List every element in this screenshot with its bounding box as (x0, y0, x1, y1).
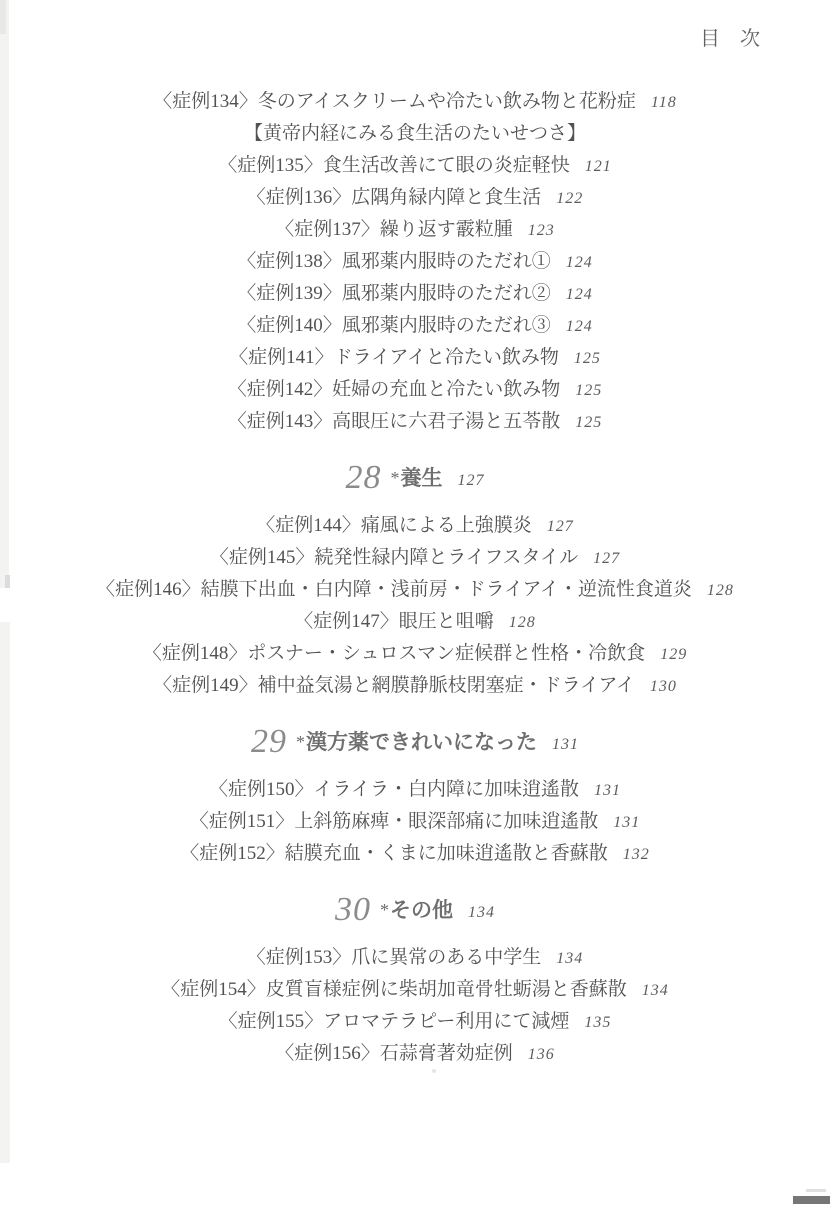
entry-text: 〈症例151〉上斜筋麻痺・眼深部痛に加味逍遙散 (190, 811, 599, 832)
toc-entry: 〈症例149〉補中益気湯と網膜静脈枝閉塞症・ドライアイ130 (0, 670, 830, 702)
entry-text: 〈症例153〉爪に異常のある中学生 (247, 947, 542, 968)
toc-entry: 〈症例142〉妊婦の充血と冷たい飲み物125 (0, 374, 830, 406)
entry-page-number: 131 (613, 814, 640, 831)
entry-text: 〈症例142〉妊婦の充血と冷たい飲み物 (228, 379, 561, 400)
scan-edge-mark (5, 575, 10, 588)
toc-title: 目 次 (700, 22, 760, 51)
entry-page-number: 125 (574, 350, 601, 367)
scan-corner-faint-mark (806, 1189, 826, 1192)
section-page-number: 134 (468, 904, 495, 921)
toc-entry: 〈症例135〉食生活改善にて眼の炎症軽快121 (0, 150, 830, 182)
toc-entry: 【黄帝内経にみる食生活のたいせつさ】 (0, 118, 830, 150)
entry-text: 〈症例141〉ドライアイと冷たい飲み物 (229, 347, 559, 368)
toc-entry: 〈症例156〉石蒜膏著効症例136 (0, 1038, 830, 1070)
toc-entry: 〈症例155〉アロマテラピー利用にて減煙135 (0, 1006, 830, 1038)
toc-entry: 〈症例144〉痛風による上強膜炎127 (0, 510, 830, 542)
toc-group: 29*漢方薬できれいになった131 〈症例150〉イライラ・白内障に加味逍遙散1… (0, 722, 830, 870)
toc-entry: 〈症例140〉風邪薬内服時のただれ③124 (0, 310, 830, 342)
toc-entry: 〈症例141〉ドライアイと冷たい飲み物125 (0, 342, 830, 374)
entry-text: 〈症例138〉風邪薬内服時のただれ① (237, 251, 551, 272)
toc-content: 〈症例134〉冬のアイスクリームや冷たい飲み物と花粉症118 【黄帝内経にみる食… (0, 0, 830, 1070)
section-label: 養生 (401, 467, 443, 490)
entry-text: 〈症例152〉結膜充血・くまに加味逍遙散と香蘇散 (180, 843, 608, 864)
section-number: 29 (251, 723, 287, 760)
toc-entry: 〈症例148〉ポスナー・シュロスマン症候群と性格・冷飲食129 (0, 638, 830, 670)
entry-page-number: 125 (575, 382, 602, 399)
toc-entry: 〈症例154〉皮質盲様症例に柴胡加竜骨牡蛎湯と香蘇散134 (0, 974, 830, 1006)
entry-page-number: 130 (650, 678, 677, 695)
section-heading: 29*漢方薬できれいになった131 (0, 722, 830, 768)
toc-group: 30*その他134 〈症例153〉爪に異常のある中学生134 〈症例154〉皮質… (0, 890, 830, 1070)
entry-page-number: 127 (547, 518, 574, 535)
toc-group: 〈症例134〉冬のアイスクリームや冷たい飲み物と花粉症118 【黄帝内経にみる食… (0, 86, 830, 438)
entry-text: 〈症例146〉結膜下出血・白内障・浅前房・ドライアイ・逆流性食道炎 (96, 579, 692, 600)
entry-text: 〈症例139〉風邪薬内服時のただれ② (237, 283, 551, 304)
toc-entry: 〈症例146〉結膜下出血・白内障・浅前房・ドライアイ・逆流性食道炎128 (0, 574, 830, 606)
toc-entry: 〈症例152〉結膜充血・くまに加味逍遙散と香蘇散132 (0, 838, 830, 870)
entry-text: 〈症例140〉風邪薬内服時のただれ③ (237, 315, 551, 336)
scan-edge-strip-bottom (0, 622, 10, 1163)
entry-text: 〈症例136〉広隅角緑内障と食生活 (247, 187, 542, 208)
section-label: その他 (390, 899, 453, 922)
entry-text: 〈症例135〉食生活改善にて眼の炎症軽快 (218, 155, 570, 176)
entry-page-number: 122 (556, 190, 583, 207)
toc-entry: 〈症例147〉眼圧と咀嚼128 (0, 606, 830, 638)
section-number: 28 (346, 459, 382, 496)
toc-entry: 〈症例143〉高眼圧に六君子湯と五苓散125 (0, 406, 830, 438)
entry-page-number: 134 (642, 982, 669, 999)
scan-speck (432, 1069, 436, 1073)
section-number: 30 (335, 891, 371, 928)
entry-page-number: 118 (651, 94, 677, 111)
section-page-number: 131 (552, 736, 579, 753)
toc-entry: 〈症例136〉広隅角緑内障と食生活122 (0, 182, 830, 214)
section-heading: 30*その他134 (0, 890, 830, 936)
entry-page-number: 129 (660, 646, 687, 663)
entry-page-number: 136 (528, 1046, 555, 1063)
scan-edge-notch (0, 0, 6, 34)
entry-page-number: 125 (575, 414, 602, 431)
entry-page-number: 124 (566, 254, 593, 271)
entry-text: 〈症例150〉イライラ・白内障に加味逍遙散 (209, 779, 579, 800)
entry-text: 〈症例154〉皮質盲様症例に柴胡加竜骨牡蛎湯と香蘇散 (161, 979, 627, 1000)
entry-text: 〈症例137〉繰り返す霰粒腫 (275, 219, 513, 240)
entry-text: 〈症例148〉ポスナー・シュロスマン症候群と性格・冷飲食 (143, 643, 645, 664)
entry-text: 【黄帝内経にみる食生活のたいせつさ】 (244, 123, 586, 144)
section-heading: 28*養生127 (0, 458, 830, 504)
toc-entry: 〈症例145〉続発性緑内障とライフスタイル127 (0, 542, 830, 574)
scanned-toc-page: 目 次 〈症例134〉冬のアイスクリームや冷たい飲み物と花粉症118 【黄帝内経… (0, 0, 830, 1205)
entry-page-number: 124 (566, 318, 593, 335)
section-label: 漢方薬できれいになった (306, 731, 537, 754)
entry-page-number: 123 (528, 222, 555, 239)
entry-text: 〈症例143〉高眼圧に六君子湯と五苓散 (228, 411, 561, 432)
entry-page-number: 127 (593, 550, 620, 567)
section-star: * (296, 732, 305, 752)
toc-entry: 〈症例138〉風邪薬内服時のただれ①124 (0, 246, 830, 278)
entry-text: 〈症例145〉続発性緑内障とライフスタイル (210, 547, 578, 568)
entry-page-number: 124 (566, 286, 593, 303)
entry-page-number: 128 (707, 582, 734, 599)
toc-entry: 〈症例139〉風邪薬内服時のただれ②124 (0, 278, 830, 310)
entry-text: 〈症例155〉アロマテラピー利用にて減煙 (219, 1011, 570, 1032)
toc-group: 28*養生127 〈症例144〉痛風による上強膜炎127 〈症例145〉続発性緑… (0, 458, 830, 702)
entry-page-number: 128 (509, 614, 536, 631)
scan-edge-strip-top (0, 0, 9, 588)
entry-text: 〈症例144〉痛風による上強膜炎 (256, 515, 532, 536)
toc-entry: 〈症例151〉上斜筋麻痺・眼深部痛に加味逍遙散131 (0, 806, 830, 838)
toc-entry: 〈症例137〉繰り返す霰粒腫123 (0, 214, 830, 246)
section-page-number: 127 (458, 472, 485, 489)
entry-page-number: 135 (584, 1014, 611, 1031)
section-star: * (380, 900, 389, 920)
toc-entry: 〈症例153〉爪に異常のある中学生134 (0, 942, 830, 974)
entry-page-number: 132 (623, 846, 650, 863)
entry-page-number: 134 (556, 950, 583, 967)
entry-text: 〈症例147〉眼圧と咀嚼 (294, 611, 494, 632)
entry-text: 〈症例149〉補中益気湯と網膜静脈枝閉塞症・ドライアイ (153, 675, 635, 696)
entry-page-number: 131 (594, 782, 621, 799)
toc-entry: 〈症例134〉冬のアイスクリームや冷たい飲み物と花粉症118 (0, 86, 830, 118)
entry-text: 〈症例156〉石蒜膏著効症例 (275, 1043, 513, 1064)
entry-text: 〈症例134〉冬のアイスクリームや冷たい飲み物と花粉症 (153, 91, 636, 112)
section-star: * (391, 468, 400, 488)
entry-page-number: 121 (585, 158, 612, 175)
toc-entry: 〈症例150〉イライラ・白内障に加味逍遙散131 (0, 774, 830, 806)
scan-corner-mark (793, 1196, 830, 1204)
